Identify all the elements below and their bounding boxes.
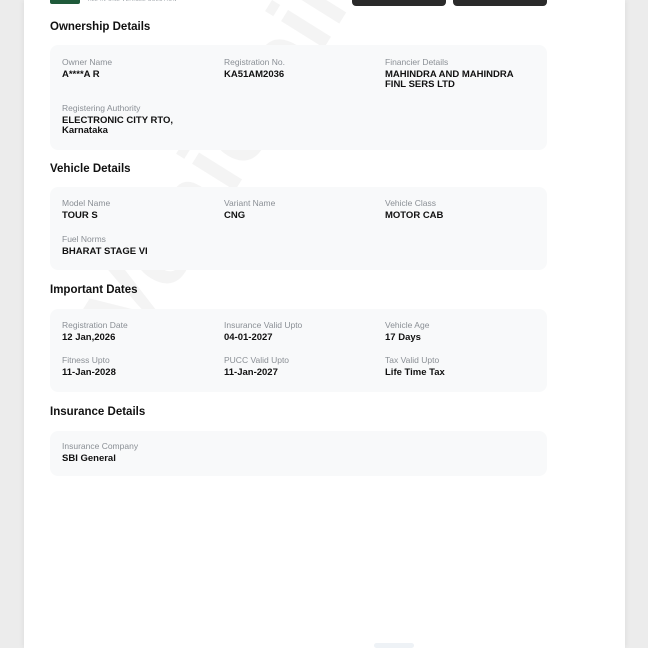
field-vehicle-class: Vehicle Class MOTOR CAB: [385, 198, 443, 221]
field-value: TOUR S: [62, 211, 110, 221]
field-label: Registration Date: [62, 320, 128, 330]
field-value: 12 Jan,2026: [62, 333, 128, 343]
field-fuel-norms: Fuel Norms BHARAT STAGE VI: [62, 234, 148, 257]
vehicle-report-page: Vehicleinfo ALL-IN-ONE VEHICLE SOLUTION …: [24, 0, 625, 648]
field-label: PUCC Valid Upto: [224, 355, 289, 365]
field-value: BHARAT STAGE VI: [62, 247, 148, 257]
field-label: Registering Authority: [62, 103, 192, 113]
section-title-dates: Important Dates: [50, 284, 138, 296]
field-value: 11-Jan-2028: [62, 368, 116, 378]
field-value: ELECTRONIC CITY RTO, Karnataka: [62, 116, 192, 136]
field-label: Financier Details: [385, 57, 535, 67]
section-title-insurance: Insurance Details: [50, 406, 145, 418]
field-label: Variant Name: [224, 198, 275, 208]
field-label: Vehicle Age: [385, 320, 429, 330]
field-pucc-valid-upto: PUCC Valid Upto 11-Jan-2027: [224, 355, 289, 378]
section-title-ownership: Ownership Details: [50, 21, 150, 33]
field-value: Life Time Tax: [385, 368, 445, 378]
logo-icon: [50, 0, 80, 4]
field-value: 04-01-2027: [224, 333, 302, 343]
field-label: Model Name: [62, 198, 110, 208]
field-value: CNG: [224, 211, 275, 221]
ownership-card: Owner Name A****A R Registration No. KA5…: [50, 45, 547, 150]
field-value: SBI General: [62, 454, 138, 464]
field-tax-valid-upto: Tax Valid Upto Life Time Tax: [385, 355, 445, 378]
field-value: 17 Days: [385, 333, 429, 343]
field-owner-name: Owner Name A****A R: [62, 57, 112, 80]
field-financier: Financier Details MAHINDRA AND MAHINDRA …: [385, 57, 535, 90]
field-value: A****A R: [62, 70, 112, 80]
field-fitness-upto: Fitness Upto 11-Jan-2028: [62, 355, 116, 378]
field-value: 11-Jan-2027: [224, 368, 289, 378]
field-registration-no: Registration No. KA51AM2036: [224, 57, 285, 80]
field-value: MOTOR CAB: [385, 211, 443, 221]
vehicle-card: Model Name TOUR S Variant Name CNG Vehic…: [50, 187, 547, 270]
field-label: Fitness Upto: [62, 355, 116, 365]
google-play-button[interactable]: [352, 0, 446, 6]
field-label: Owner Name: [62, 57, 112, 67]
footer-logo: [374, 643, 414, 648]
field-registration-date: Registration Date 12 Jan,2026: [62, 320, 128, 343]
field-label: Insurance Valid Upto: [224, 320, 302, 330]
field-model-name: Model Name TOUR S: [62, 198, 110, 221]
field-value: MAHINDRA AND MAHINDRA FINL SERS LTD: [385, 70, 535, 90]
field-value: KA51AM2036: [224, 70, 285, 80]
field-insurance-company: Insurance Company SBI General: [62, 441, 138, 464]
dates-card: Registration Date 12 Jan,2026 Insurance …: [50, 309, 547, 392]
field-variant-name: Variant Name CNG: [224, 198, 275, 221]
header: ALL-IN-ONE VEHICLE SOLUTION: [24, 0, 625, 8]
field-vehicle-age: Vehicle Age 17 Days: [385, 320, 429, 343]
field-registering-authority: Registering Authority ELECTRONIC CITY RT…: [62, 103, 192, 136]
field-insurance-valid-upto: Insurance Valid Upto 04-01-2027: [224, 320, 302, 343]
insurance-card: Insurance Company SBI General: [50, 431, 547, 476]
tagline: ALL-IN-ONE VEHICLE SOLUTION: [88, 0, 177, 3]
field-label: Tax Valid Upto: [385, 355, 445, 365]
app-store-button[interactable]: [453, 0, 547, 6]
field-label: Registration No.: [224, 57, 285, 67]
field-label: Vehicle Class: [385, 198, 443, 208]
section-title-vehicle: Vehicle Details: [50, 163, 131, 175]
field-label: Insurance Company: [62, 441, 138, 451]
field-label: Fuel Norms: [62, 234, 148, 244]
